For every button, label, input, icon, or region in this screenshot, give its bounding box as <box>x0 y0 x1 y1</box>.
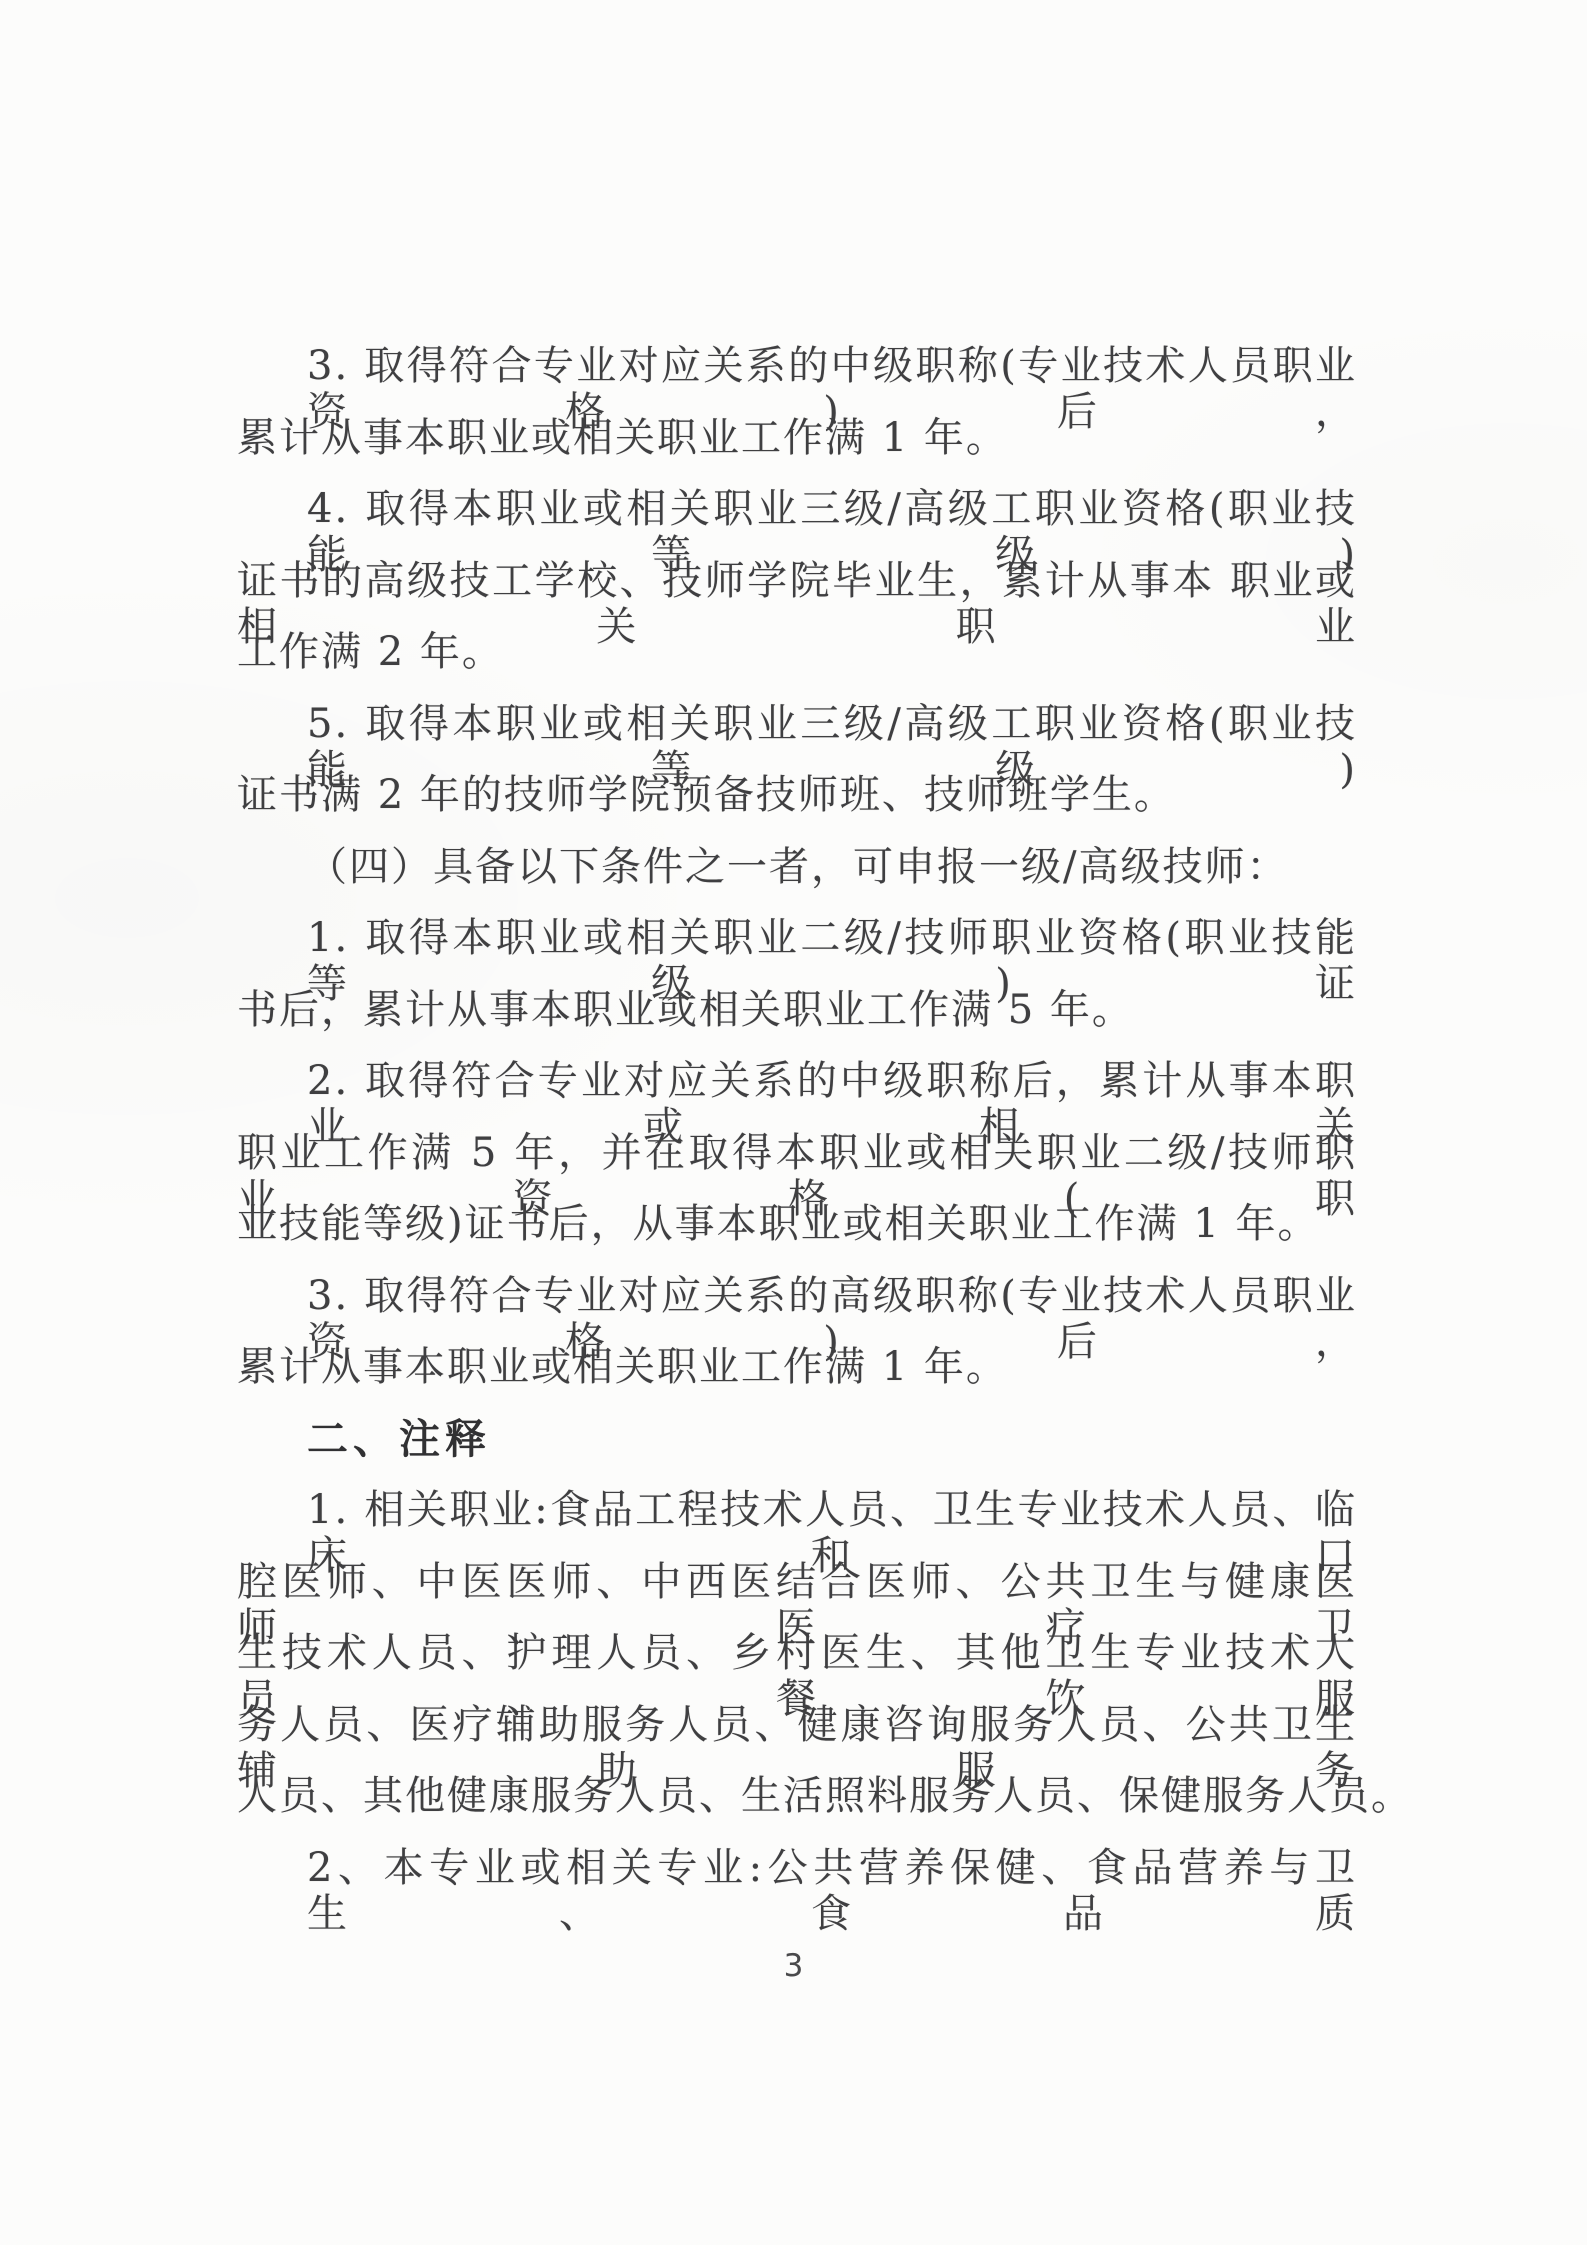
text-line: 2、本专业或相关专业:公共营养保健、食品营养与卫生、食品质 <box>237 1845 1357 1937</box>
page-number: 3 <box>0 1948 1587 1984</box>
document-page: 3. 取得符合专业对应关系的中级职称(专业技术人员职业资格)后，累计从事本职业或… <box>0 0 1587 2245</box>
text-line: （四）具备以下条件之一者，可申报一级/高级技师： <box>237 844 1357 890</box>
text-line: 累计从事本职业或相关职业工作满 1 年。 <box>237 1344 1357 1390</box>
text-line: 人员、其他健康服务人员、生活照料服务人员、保健服务人员。 <box>237 1773 1357 1819</box>
text-line: 工作满 2 年。 <box>237 629 1357 675</box>
document-body: 3. 取得符合专业对应关系的中级职称(专业技术人员职业资格)后，累计从事本职业或… <box>0 0 1587 2245</box>
text-line: 证书满 2 年的技师学院预备技师班、技师班学生。 <box>237 772 1357 818</box>
text-line: 累计从事本职业或相关职业工作满 1 年。 <box>237 415 1357 461</box>
text-line: 书后，累计从事本职业或相关职业工作满 5 年。 <box>237 987 1357 1033</box>
text-line: 业技能等级)证书后，从事本职业或相关职业工作满 1 年。 <box>237 1201 1357 1247</box>
section-heading: 二、注释 <box>237 1416 1357 1462</box>
